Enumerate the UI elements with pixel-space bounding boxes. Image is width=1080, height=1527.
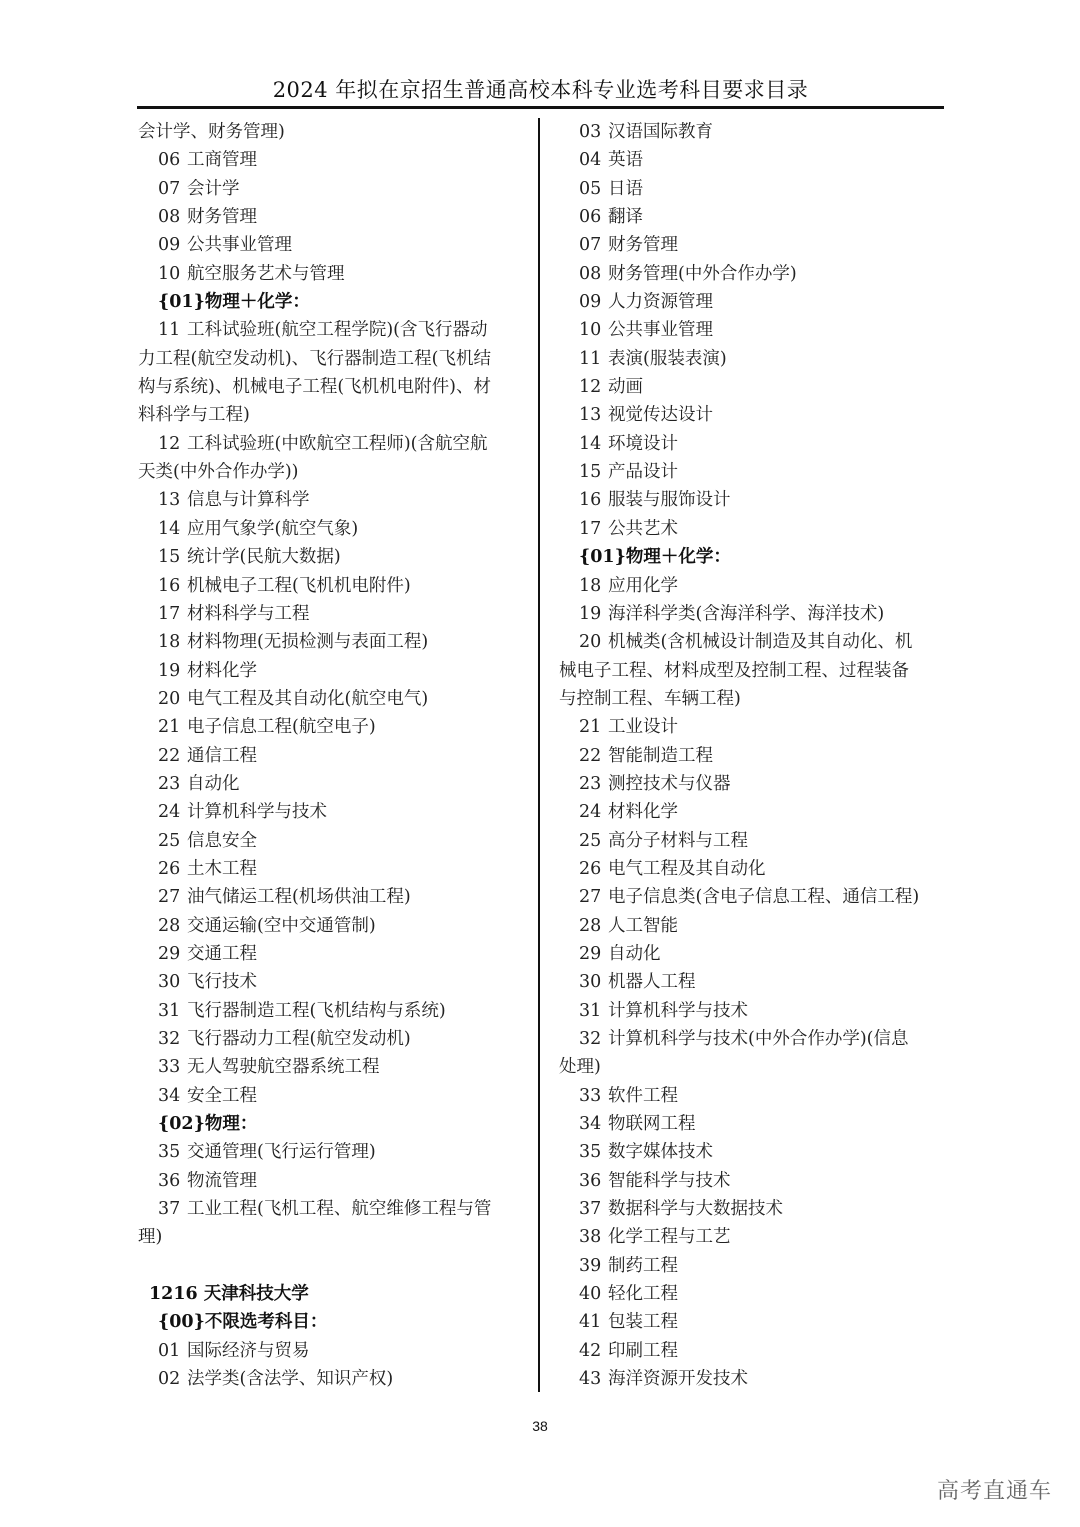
major-list-item: 19材料化学 [138,657,524,685]
major-name: 工业工程(飞机工程、航空维修工程与管 [187,1199,491,1219]
major-code: 14 [158,515,184,543]
major-code: 11 [579,345,605,373]
major-list-item: 06翻译 [559,203,945,231]
major-code: 06 [579,203,605,231]
major-list-item: 42印刷工程 [559,1337,945,1365]
major-list-item: 17材料科学与工程 [138,600,524,628]
major-list-item: 27油气储运工程(机场供油工程) [138,883,524,911]
major-name: 航空服务艺术与管理 [187,264,345,284]
major-list-item: 32计算机科学与技术(中外合作办学)(信息 [559,1025,945,1053]
major-code: 43 [579,1365,605,1393]
major-list-item: 14环境设计 [559,430,945,458]
major-list-item: 02法学类(含法学、知识产权) [138,1365,524,1393]
major-name: 交通管理(飞行运行管理) [187,1142,376,1162]
major-code: 38 [579,1223,605,1251]
major-name: 视觉传达设计 [608,405,713,425]
major-code: 07 [579,231,605,259]
major-code: 18 [158,628,184,656]
major-code: 13 [158,486,184,514]
major-name: 安全工程 [187,1086,257,1106]
major-list-item: 16机械电子工程(飞机机电附件) [138,572,524,600]
major-code: 36 [579,1167,605,1195]
major-name: 交通运输(空中交通管制) [187,916,376,936]
major-name: 公共事业管理 [187,235,292,255]
major-list-item: 31飞行器制造工程(飞机结构与系统) [138,997,524,1025]
major-list-item: 28人工智能 [559,912,945,940]
major-name: 电子信息类(含电子信息工程、通信工程) [608,887,919,907]
major-name-continuation: 与控制工程、车辆工程) [559,685,945,713]
major-list-item: 40轻化工程 [559,1280,945,1308]
major-name: 汉语国际教育 [608,122,713,142]
major-list-item: 27电子信息类(含电子信息工程、通信工程) [559,883,945,911]
major-name: 轻化工程 [608,1284,678,1304]
major-code: 27 [579,883,605,911]
major-name: 土木工程 [187,859,257,879]
major-code: 07 [158,175,184,203]
major-list-item: 36物流管理 [138,1167,524,1195]
major-code: 41 [579,1308,605,1336]
major-code: 26 [158,855,184,883]
major-name-continuation: 构与系统)、机械电子工程(飞机机电附件)、材 [138,373,524,401]
major-code: 37 [158,1195,184,1223]
major-name: 飞行器制造工程(飞机结构与系统) [187,1001,446,1021]
major-name: 动画 [608,377,643,397]
major-list-item: 08财务管理(中外合作办学) [559,260,945,288]
major-code: 17 [579,515,605,543]
major-list-item: 24材料化学 [559,798,945,826]
major-code: 39 [579,1252,605,1280]
major-code: 29 [158,940,184,968]
blank-line [138,1252,524,1280]
major-list-item: 10公共事业管理 [559,316,945,344]
major-name: 飞行器动力工程(航空发动机) [187,1029,411,1049]
major-name: 海洋资源开发技术 [608,1369,748,1389]
major-name: 信息安全 [187,831,257,851]
major-name: 测控技术与仪器 [608,774,731,794]
major-name: 化学工程与工艺 [608,1227,731,1247]
major-name: 无人驾驶航空器系统工程 [187,1057,380,1077]
major-list-item: 41包装工程 [559,1308,945,1336]
major-code: 12 [579,373,605,401]
major-list-item: 14应用气象学(航空气象) [138,515,524,543]
major-code: 19 [579,600,605,628]
major-code: 23 [158,770,184,798]
major-code: 40 [579,1280,605,1308]
major-code: 02 [158,1365,184,1393]
major-list-item: 04英语 [559,146,945,174]
column-divider [538,118,540,1392]
major-code: 30 [579,968,605,996]
major-name: 材料化学 [608,802,678,822]
major-name: 英语 [608,150,643,170]
major-list-item: 43海洋资源开发技术 [559,1365,945,1393]
page-number: 38 [0,1418,1080,1434]
major-code: 05 [579,175,605,203]
major-code: 06 [158,146,184,174]
major-code: 16 [579,486,605,514]
major-list-item: 28交通运输(空中交通管制) [138,912,524,940]
major-name: 计算机科学与技术 [608,1001,748,1021]
major-code: 32 [579,1025,605,1053]
major-code: 20 [579,628,605,656]
major-code: 23 [579,770,605,798]
major-list-item: 21工业设计 [559,713,945,741]
major-name: 环境设计 [608,434,678,454]
major-name: 电气工程及其自动化(航空电气) [187,689,428,709]
major-name: 工业设计 [608,717,678,737]
major-name: 公共事业管理 [608,320,713,340]
major-list-item: 18应用化学 [559,572,945,600]
major-list-item: 18材料物理(无损检测与表面工程) [138,628,524,656]
major-name: 软件工程 [608,1086,678,1106]
major-list-item: 31计算机科学与技术 [559,997,945,1025]
left-column: 会计学、财务管理)06工商管理07会计学08财务管理09公共事业管理10航空服务… [138,118,524,1393]
major-code: 28 [579,912,605,940]
major-name: 通信工程 [187,746,257,766]
major-code: 34 [158,1082,184,1110]
major-name: 国际经济与贸易 [187,1341,310,1361]
major-code: 10 [158,260,184,288]
major-code: 20 [158,685,184,713]
major-list-item: 11工科试验班(航空工程学院)(含飞行器动 [138,316,524,344]
major-name: 机械电子工程(飞机机电附件) [187,576,411,596]
major-name: 翻译 [608,207,643,227]
major-code: 15 [579,458,605,486]
major-name: 智能制造工程 [608,746,713,766]
major-name-continuation: 天类(中外合作办学)) [138,458,524,486]
major-name: 人力资源管理 [608,292,713,312]
header-rule [137,106,944,109]
major-name: 交通工程 [187,944,257,964]
major-list-item: 20机械类(含机械设计制造及其自动化、机 [559,628,945,656]
major-name: 机器人工程 [608,972,696,992]
major-list-item: 35数字媒体技术 [559,1138,945,1166]
watermark: 高考直通车 [937,1474,1052,1505]
major-code: 30 [158,968,184,996]
major-list-item: 32飞行器动力工程(航空发动机) [138,1025,524,1053]
major-code: 27 [158,883,184,911]
major-name-continuation: 处理) [559,1053,945,1081]
major-name: 包装工程 [608,1312,678,1332]
major-list-item: 06工商管理 [138,146,524,174]
major-name: 材料化学 [187,661,257,681]
major-list-item: 26电气工程及其自动化 [559,855,945,883]
major-code: 35 [158,1138,184,1166]
major-name: 飞行技术 [187,972,257,992]
major-list-item: 29交通工程 [138,940,524,968]
major-name: 制药工程 [608,1256,678,1276]
major-name: 人工智能 [608,916,678,936]
major-list-item: 13信息与计算科学 [138,486,524,514]
major-code: 11 [158,316,184,344]
major-list-item: 35交通管理(飞行运行管理) [138,1138,524,1166]
major-list-item: 30飞行技术 [138,968,524,996]
major-list-item: 29自动化 [559,940,945,968]
major-list-item: 07会计学 [138,175,524,203]
major-list-item: 09公共事业管理 [138,231,524,259]
major-name: 计算机科学与技术(中外合作办学)(信息 [608,1029,908,1049]
major-name: 公共艺术 [608,519,678,539]
major-code: 33 [158,1053,184,1081]
major-code: 18 [579,572,605,600]
major-list-item: 15产品设计 [559,458,945,486]
major-name: 财务管理 [187,207,257,227]
major-name: 工科试验班(航空工程学院)(含飞行器动 [187,320,487,340]
major-list-item: 16服装与服饰设计 [559,486,945,514]
major-list-item: 34安全工程 [138,1082,524,1110]
major-list-item: 01国际经济与贸易 [138,1337,524,1365]
major-code: 22 [579,742,605,770]
major-list-item: 13视觉传达设计 [559,401,945,429]
subject-requirement-heading: {00}不限选考科目： [138,1308,524,1336]
major-list-item: 17公共艺术 [559,515,945,543]
major-code: 42 [579,1337,605,1365]
major-name: 电子信息工程(航空电子) [187,717,376,737]
major-code: 12 [158,430,184,458]
major-name: 自动化 [187,774,240,794]
major-list-item: 12工科试验班(中欧航空工程师)(含航空航 [138,430,524,458]
major-list-item: 34物联网工程 [559,1110,945,1138]
major-name: 服装与服饰设计 [608,490,731,510]
major-code: 32 [158,1025,184,1053]
major-code: 17 [158,600,184,628]
major-code: 36 [158,1167,184,1195]
major-list-item: 23自动化 [138,770,524,798]
major-list-item: 21电子信息工程(航空电子) [138,713,524,741]
school-heading: 1216 天津科技大学 [138,1280,524,1308]
major-name: 计算机科学与技术 [187,802,327,822]
major-code: 31 [158,997,184,1025]
major-code: 19 [158,657,184,685]
major-list-item: 38化学工程与工艺 [559,1223,945,1251]
major-list-item: 33无人驾驶航空器系统工程 [138,1053,524,1081]
major-name: 工科试验班(中欧航空工程师)(含航空航 [187,434,487,454]
major-code: 28 [158,912,184,940]
page-title: 2024 年拟在京招生普通高校本科专业选考科目要求目录 [137,76,944,104]
major-code: 13 [579,401,605,429]
major-code: 08 [158,203,184,231]
major-list-item: 20电气工程及其自动化(航空电气) [138,685,524,713]
major-name: 物流管理 [187,1171,257,1191]
major-list-item: 12动画 [559,373,945,401]
major-code: 14 [579,430,605,458]
major-list-item: 03汉语国际教育 [559,118,945,146]
major-list-item: 37数据科学与大数据技术 [559,1195,945,1223]
major-list-item: 09人力资源管理 [559,288,945,316]
major-name: 电气工程及其自动化 [608,859,766,879]
major-code: 04 [579,146,605,174]
major-name: 法学类(含法学、知识产权) [187,1369,393,1389]
major-name: 日语 [608,179,643,199]
major-code: 09 [158,231,184,259]
major-name: 工商管理 [187,150,257,170]
major-name: 财务管理 [608,235,678,255]
major-code: 03 [579,118,605,146]
major-name: 应用气象学(航空气象) [187,519,358,539]
major-list-item: 26土木工程 [138,855,524,883]
major-name: 油气储运工程(机场供油工程) [187,887,411,907]
major-code: 15 [158,543,184,571]
major-code: 26 [579,855,605,883]
major-code: 16 [158,572,184,600]
major-name: 海洋科学类(含海洋科学、海洋技术) [608,604,884,624]
major-code: 22 [158,742,184,770]
major-name: 物联网工程 [608,1114,696,1134]
major-name: 表演(服装表演) [608,349,727,369]
major-name: 智能科学与技术 [608,1171,731,1191]
major-list-item: 30机器人工程 [559,968,945,996]
major-code: 10 [579,316,605,344]
major-code: 08 [579,260,605,288]
major-code: 24 [579,798,605,826]
major-list-item: 22智能制造工程 [559,742,945,770]
major-list-item: 25高分子材料与工程 [559,827,945,855]
major-list-item: 08财务管理 [138,203,524,231]
major-name: 高分子材料与工程 [608,831,748,851]
major-name: 统计学(民航大数据) [187,547,341,567]
major-name-continuation: 理) [138,1223,524,1251]
major-list-item: 10航空服务艺术与管理 [138,260,524,288]
major-list-item: 25信息安全 [138,827,524,855]
major-name-continuation: 械电子工程、材料成型及控制工程、过程装备 [559,657,945,685]
major-code: 25 [158,827,184,855]
major-name: 信息与计算科学 [187,490,310,510]
major-name: 材料科学与工程 [187,604,310,624]
major-list-item: 24计算机科学与技术 [138,798,524,826]
major-name: 数字媒体技术 [608,1142,713,1162]
major-code: 24 [158,798,184,826]
major-list-item: 22通信工程 [138,742,524,770]
major-name: 财务管理(中外合作办学) [608,264,797,284]
major-name: 材料物理(无损检测与表面工程) [187,632,428,652]
major-code: 33 [579,1082,605,1110]
major-code: 35 [579,1138,605,1166]
major-list-item: 11表演(服装表演) [559,345,945,373]
major-name: 应用化学 [608,576,678,596]
major-name-continuation: 力工程(航空发动机)、飞行器制造工程(飞机结 [138,345,524,373]
major-list-item: 36智能科学与技术 [559,1167,945,1195]
major-list-item: 37工业工程(飞机工程、航空维修工程与管 [138,1195,524,1223]
major-name: 印刷工程 [608,1341,678,1361]
major-name: 会计学 [187,179,240,199]
right-column: 03汉语国际教育04英语05日语06翻译07财务管理08财务管理(中外合作办学)… [559,118,945,1393]
major-name-continuation: 料科学与工程) [138,401,524,429]
major-list-item: 07财务管理 [559,231,945,259]
major-list-item: 15统计学(民航大数据) [138,543,524,571]
major-code: 34 [579,1110,605,1138]
major-code: 29 [579,940,605,968]
major-code: 25 [579,827,605,855]
major-name-continuation: 会计学、财务管理) [138,118,524,146]
major-list-item: 23测控技术与仪器 [559,770,945,798]
major-code: 21 [158,713,184,741]
major-list-item: 19海洋科学类(含海洋科学、海洋技术) [559,600,945,628]
major-code: 37 [579,1195,605,1223]
major-list-item: 33软件工程 [559,1082,945,1110]
major-list-item: 39制药工程 [559,1252,945,1280]
major-name: 数据科学与大数据技术 [608,1199,783,1219]
major-code: 01 [158,1337,184,1365]
major-code: 31 [579,997,605,1025]
major-code: 09 [579,288,605,316]
subject-requirement-heading: {01}物理＋化学： [559,543,945,571]
major-name: 机械类(含机械设计制造及其自动化、机 [608,632,912,652]
major-list-item: 05日语 [559,175,945,203]
subject-requirement-heading: {02}物理： [138,1110,524,1138]
major-name: 自动化 [608,944,661,964]
subject-requirement-heading: {01}物理＋化学： [138,288,524,316]
major-code: 21 [579,713,605,741]
major-name: 产品设计 [608,462,678,482]
